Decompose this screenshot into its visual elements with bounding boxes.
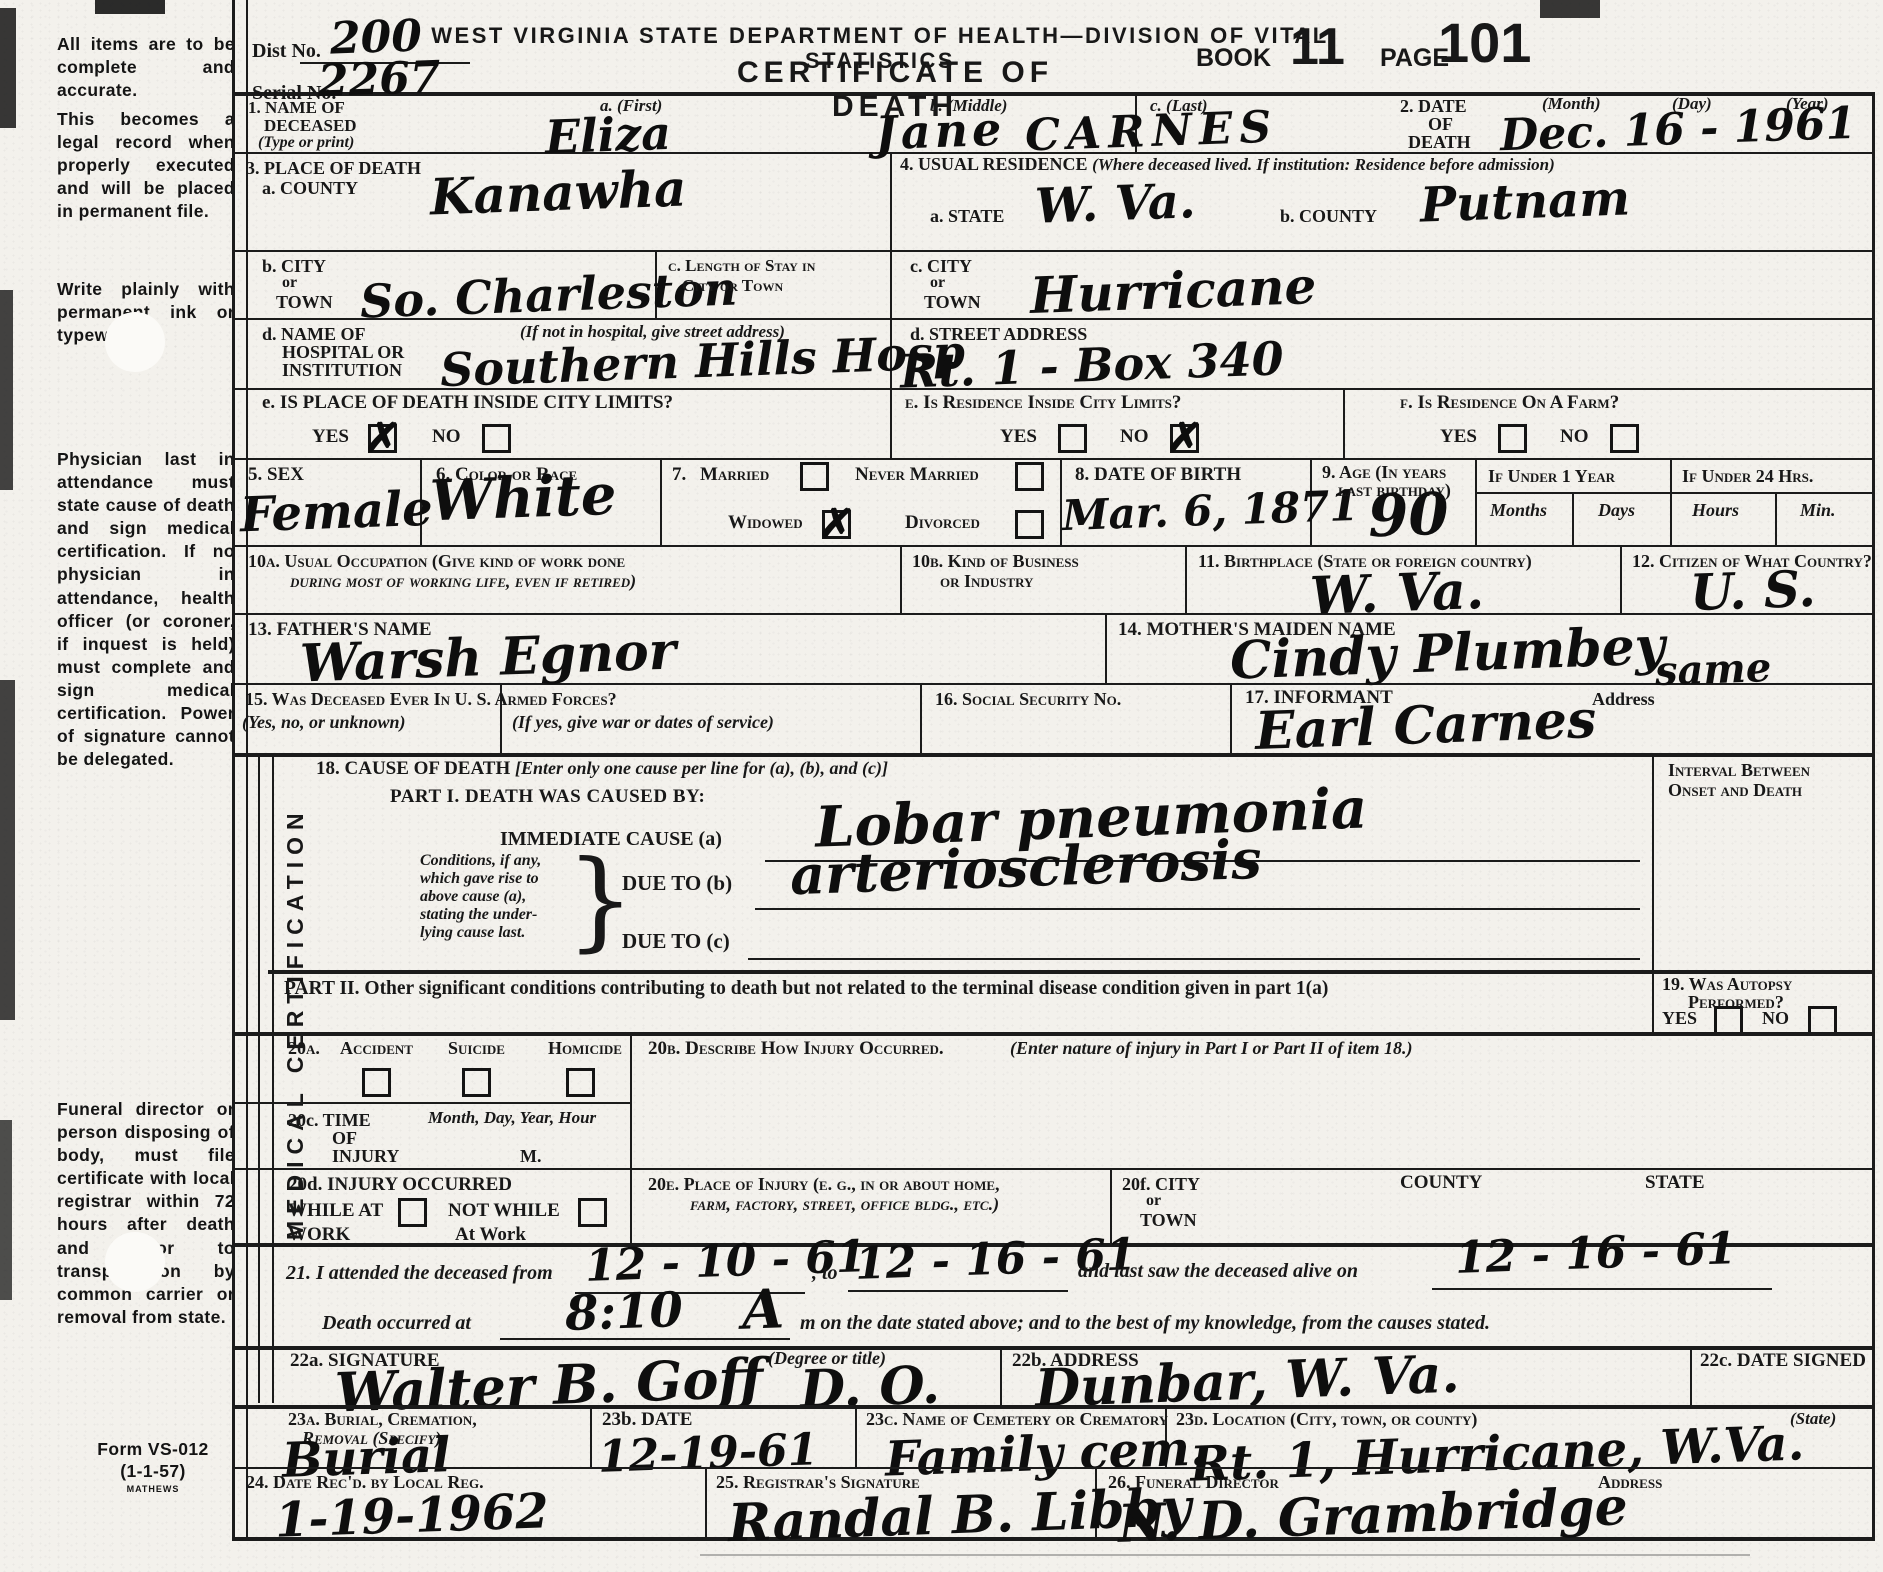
book-number: 11 xyxy=(1290,18,1345,76)
usual-residence-note: (Where deceased lived. If institution: R… xyxy=(1092,155,1555,174)
rule xyxy=(268,970,1875,974)
res-city-limits-no-checkbox xyxy=(1170,424,1199,453)
widowed-checkbox xyxy=(822,510,851,539)
divider xyxy=(1105,613,1107,683)
place-of-injury-label2: farm, factory, street, office bldg., etc… xyxy=(690,1194,999,1214)
margin-note-legal-record: This becomes a legal record when properl… xyxy=(57,108,235,223)
place-of-death-label: 3. PLACE OF DEATH xyxy=(246,158,421,178)
name-label2: DECEASED xyxy=(264,116,357,135)
married-label: Married xyxy=(700,464,769,485)
death-occurred-text: Death occurred at xyxy=(322,1312,471,1334)
ssn-label: 16. Social Security No. xyxy=(935,689,1121,709)
citizen-value: U. S. xyxy=(1689,564,1816,618)
margin-note-physician: Physician last in attendance must state … xyxy=(57,448,235,771)
rule xyxy=(232,458,1875,460)
middle-name-value: Jane xyxy=(874,106,1006,157)
conditions-note1: Conditions, if any, xyxy=(420,852,541,870)
res-city-limits-yes: YES xyxy=(1000,426,1037,447)
autopsy-no: NO xyxy=(1762,1008,1789,1028)
hours-label: Hours xyxy=(1692,500,1739,520)
county-value: Kanawha xyxy=(429,164,687,223)
residence-state-value: W. Va. xyxy=(1034,177,1196,231)
rule xyxy=(1475,492,1875,494)
city-label-or: or xyxy=(282,274,297,292)
rule xyxy=(232,1467,1875,1469)
book-label: BOOK xyxy=(1196,44,1271,72)
accident-label: Accident xyxy=(340,1038,413,1058)
describe-injury-label: 20b. Describe How Injury Occurred. xyxy=(648,1038,944,1059)
name-note: (Type or print) xyxy=(258,134,354,152)
death-certificate-scan: All items are to be complete and accurat… xyxy=(0,0,1883,1572)
time-of-injury-note: Month, Day, Year, Hour xyxy=(428,1108,596,1127)
min-label: Min. xyxy=(1800,500,1836,520)
first-name-value: Eliza xyxy=(544,110,671,160)
armed-forces-note1: (Yes, no, or unknown) xyxy=(242,712,406,732)
residence-state-label: a. STATE xyxy=(930,206,1004,226)
farm-yes-checkbox xyxy=(1498,424,1527,453)
describe-injury-note: (Enter nature of injury in Part I or Par… xyxy=(1010,1038,1413,1058)
accident-checkbox xyxy=(362,1068,391,1097)
attended-text-1: 21. I attended the deceased from xyxy=(286,1262,553,1284)
death-city-limits-yes-checkbox xyxy=(368,424,397,453)
form-number: Form VS-012 xyxy=(78,1438,228,1461)
death-time-line xyxy=(500,1338,790,1340)
informant-address-label: Address xyxy=(1592,689,1655,709)
length-of-stay-label: c. Length of Stay in xyxy=(668,256,815,275)
divider xyxy=(1230,683,1232,753)
divider xyxy=(1343,388,1345,458)
res-city-limits-label: e. Is Residence Inside City Limits? xyxy=(905,392,1181,413)
under-1-year-label: If Under 1 Year xyxy=(1488,466,1615,486)
divider xyxy=(590,1405,592,1467)
hospital-label3: INSTITUTION xyxy=(282,360,402,380)
divider xyxy=(1670,458,1672,545)
armed-forces-note2: (If yes, give war or dates of service) xyxy=(512,712,774,732)
residence-county-label: b. COUNTY xyxy=(1280,206,1377,226)
divider xyxy=(1775,492,1777,545)
business-label: 10b. Kind of Business xyxy=(912,551,1079,571)
printer-name: MATHEWS xyxy=(78,1484,228,1496)
sex-value: Female xyxy=(239,485,433,540)
divider xyxy=(630,1032,632,1243)
burial-date-label: 23b. DATE xyxy=(602,1409,692,1430)
res-city-limits-no: NO xyxy=(1120,426,1149,447)
cause-of-death-label: 18. CAUSE OF DEATH [Enter only one cause… xyxy=(316,758,888,779)
place-of-injury-label: 20e. Place of Injury (e. g., in or about… xyxy=(648,1174,1000,1194)
location-label: 23d. Location (City, town, or county) xyxy=(1176,1409,1477,1429)
suicide-label: Suicide xyxy=(448,1038,505,1058)
never-married-label: Never Married xyxy=(855,464,979,485)
form-left-border-inner xyxy=(246,0,248,1540)
farm-yes: YES xyxy=(1440,426,1477,447)
date-of-death-label3: DEATH xyxy=(1408,132,1471,152)
death-ampm-value: A xyxy=(741,1281,785,1336)
not-while-checkbox xyxy=(578,1198,607,1227)
usual-residence-title: 4. USUAL RESIDENCE xyxy=(900,154,1088,174)
rule xyxy=(232,753,1875,757)
informant-address-value: same xyxy=(1654,648,1772,692)
death-city-limits-label: e. IS PLACE OF DEATH INSIDE CITY LIMITS? xyxy=(262,392,673,413)
informant-value: Earl Carnes xyxy=(1254,694,1597,758)
divider xyxy=(1620,545,1622,613)
scan-artifact xyxy=(95,0,165,14)
hole-punch xyxy=(105,1232,165,1292)
rule xyxy=(232,1102,630,1104)
divider xyxy=(705,1467,707,1537)
rule xyxy=(232,613,1875,615)
injury-occurred-label: 20d. INJURY OCCURRED xyxy=(288,1174,512,1195)
interval-label2: Onset and Death xyxy=(1668,780,1802,800)
location-value: Rt. 1, Hurricane, W.Va. xyxy=(1189,1419,1805,1488)
margin-note-complete-accurate: All items are to be complete and accurat… xyxy=(57,33,235,102)
rule xyxy=(232,1168,1875,1170)
residence-county-value: Putnam xyxy=(1419,174,1631,229)
months-label: Months xyxy=(1490,500,1547,520)
county-label: a. COUNTY xyxy=(262,178,358,198)
form-left-border xyxy=(232,0,235,1540)
medical-box-line xyxy=(258,753,260,1403)
scan-artifact xyxy=(0,680,15,1020)
res-city-limits-yes-checkbox xyxy=(1058,424,1087,453)
death-city-limits-no-checkbox xyxy=(482,424,511,453)
rule xyxy=(232,250,1875,252)
hole-punch xyxy=(105,312,165,372)
race-value: White xyxy=(429,467,617,529)
part2-label: PART II. Other significant conditions co… xyxy=(284,978,1644,1000)
attended-text-3: and last saw the deceased alive on xyxy=(1078,1260,1358,1282)
part1-label: PART I. DEATH WAS CAUSED BY: xyxy=(390,786,705,807)
death-city-limits-no: NO xyxy=(432,426,461,447)
autopsy-no-checkbox xyxy=(1808,1006,1837,1035)
divider xyxy=(890,152,892,458)
margin-note-funeral-director: Funeral director or person disposing of … xyxy=(57,1098,235,1329)
cause-line-c xyxy=(748,958,1640,960)
conditions-note5: lying cause last. xyxy=(420,924,525,942)
married-checkbox xyxy=(800,462,829,491)
date-signed-label: 22c. DATE SIGNED xyxy=(1700,1350,1866,1371)
last-alive-value: 12 - 16 - 61 xyxy=(1454,1227,1737,1281)
while-at-work-label: WHILE AT xyxy=(288,1200,383,1221)
occupation-label2: during most of working life, even if ret… xyxy=(290,571,636,591)
divider xyxy=(1572,492,1574,545)
conditions-note4: stating the under- xyxy=(420,906,537,924)
injury-city-label-or: or xyxy=(1146,1192,1161,1210)
under-24-hrs-label: If Under 24 Hrs. xyxy=(1682,466,1813,486)
length-of-stay-label2: City or Town xyxy=(682,276,783,295)
scan-artifact xyxy=(0,290,13,490)
divider xyxy=(1690,1346,1692,1405)
page-number: 101 xyxy=(1438,12,1531,75)
injury-state-label: STATE xyxy=(1645,1172,1705,1193)
form-revision: (1-1-57) xyxy=(78,1460,228,1483)
date-of-death-value: Dec. 16 - 1961 xyxy=(1499,102,1856,158)
cause-of-death-title: 18. CAUSE OF DEATH xyxy=(316,758,510,779)
street-address-value: Rt. 1 - Box 340 xyxy=(899,335,1284,394)
cause-line-b xyxy=(755,908,1640,910)
while-at-work-checkbox xyxy=(398,1198,427,1227)
autopsy-yes-checkbox xyxy=(1714,1006,1743,1035)
attended-to-line xyxy=(848,1290,1068,1292)
divider xyxy=(855,1405,857,1467)
usual-residence-label: 4. USUAL RESIDENCE (Where deceased lived… xyxy=(900,154,1850,174)
injury-county-label: COUNTY xyxy=(1400,1172,1482,1193)
attended-text-2: , to xyxy=(812,1262,838,1284)
marital-number: 7. xyxy=(672,464,686,485)
name-label: 1. NAME OF xyxy=(248,98,345,117)
divider xyxy=(1185,545,1187,613)
medical-box-line-inner xyxy=(272,753,274,1403)
divider xyxy=(900,545,902,613)
rule xyxy=(232,1032,1875,1036)
farm-label: f. Is Residence On A Farm? xyxy=(1400,392,1619,413)
residence-city-label-town: TOWN xyxy=(924,292,981,312)
cause-of-death-note: [Enter only one cause per line for (a), … xyxy=(515,758,888,778)
city-label-town: TOWN xyxy=(276,292,333,312)
homicide-checkbox xyxy=(566,1068,595,1097)
rule xyxy=(232,545,1875,547)
business-label2: or Industry xyxy=(940,571,1033,591)
serial-no-value: 2267 xyxy=(317,56,441,104)
injury-city-label-town: TOWN xyxy=(1140,1210,1197,1230)
last-alive-line xyxy=(1432,1288,1772,1290)
never-married-checkbox xyxy=(1015,462,1044,491)
death-city-limits-yes: YES xyxy=(312,426,349,447)
divider xyxy=(1475,458,1477,545)
suicide-checkbox xyxy=(462,1068,491,1097)
residence-city-label-or: or xyxy=(930,274,945,292)
time-m-label: M. xyxy=(520,1146,542,1166)
date-received-value: 1-19-1962 xyxy=(274,1487,549,1545)
not-while-label: NOT WHILE xyxy=(448,1200,560,1221)
farm-no-checkbox xyxy=(1610,424,1639,453)
homicide-label: Homicide xyxy=(548,1038,622,1058)
armed-forces-label: 15. Was Deceased Ever In U. S. Armed For… xyxy=(245,689,945,709)
form-right-border xyxy=(1872,92,1875,1540)
scan-artifact xyxy=(0,8,16,128)
scan-artifact xyxy=(1540,0,1600,18)
autopsy-yes: YES xyxy=(1662,1008,1697,1028)
widowed-label: Widowed xyxy=(728,512,803,533)
dist-no-label: Dist No. xyxy=(252,40,321,62)
occupation-label: 10a. Usual Occupation (Give kind of work… xyxy=(248,551,625,571)
interval-column-divider xyxy=(1652,753,1654,1035)
conditions-note3: above cause (a), xyxy=(420,888,526,906)
death-time-value: 8:10 xyxy=(564,1286,684,1338)
age-value: 90 xyxy=(1367,485,1450,546)
divider xyxy=(660,458,662,545)
scan-artifact xyxy=(0,1120,12,1300)
fathers-name-value: Warsh Egnor xyxy=(299,625,677,690)
interval-label: Interval Between xyxy=(1668,760,1810,780)
death-occurred-text-2: m on the date stated above; and to the b… xyxy=(800,1312,1490,1334)
mothers-name-value: Cindy Plumbey xyxy=(1229,620,1666,687)
due-to-c-label: DUE TO (c) xyxy=(622,930,730,954)
due-to-b-value: arteriosclerosis xyxy=(789,832,1262,902)
dob-label: 8. DATE OF BIRTH xyxy=(1075,464,1241,485)
residence-city-value: Hurricane xyxy=(1029,261,1317,321)
item-20a-label: 20a. xyxy=(288,1038,320,1058)
last-name-value: CARNES xyxy=(1024,106,1279,159)
divider xyxy=(1000,1346,1002,1405)
farm-no: NO xyxy=(1560,426,1589,447)
divorced-label: Divorced xyxy=(905,512,980,533)
conditions-note2: which gave rise to xyxy=(420,870,539,888)
dob-value: Mar. 6, 1871 xyxy=(1061,485,1359,537)
hospital-value: Southern Hills Hosp xyxy=(439,329,965,393)
birthplace-value: W. Va. xyxy=(1309,565,1485,623)
time-of-injury-label: 20c. TIME xyxy=(288,1110,371,1130)
scan-faint-line xyxy=(700,1554,1750,1556)
due-to-b-label: DUE TO (b) xyxy=(622,872,732,896)
sex-label: 5. SEX xyxy=(248,464,304,485)
divorced-checkbox xyxy=(1015,510,1044,539)
days-label: Days xyxy=(1598,500,1635,520)
time-of-injury-label3: INJURY xyxy=(332,1146,399,1166)
